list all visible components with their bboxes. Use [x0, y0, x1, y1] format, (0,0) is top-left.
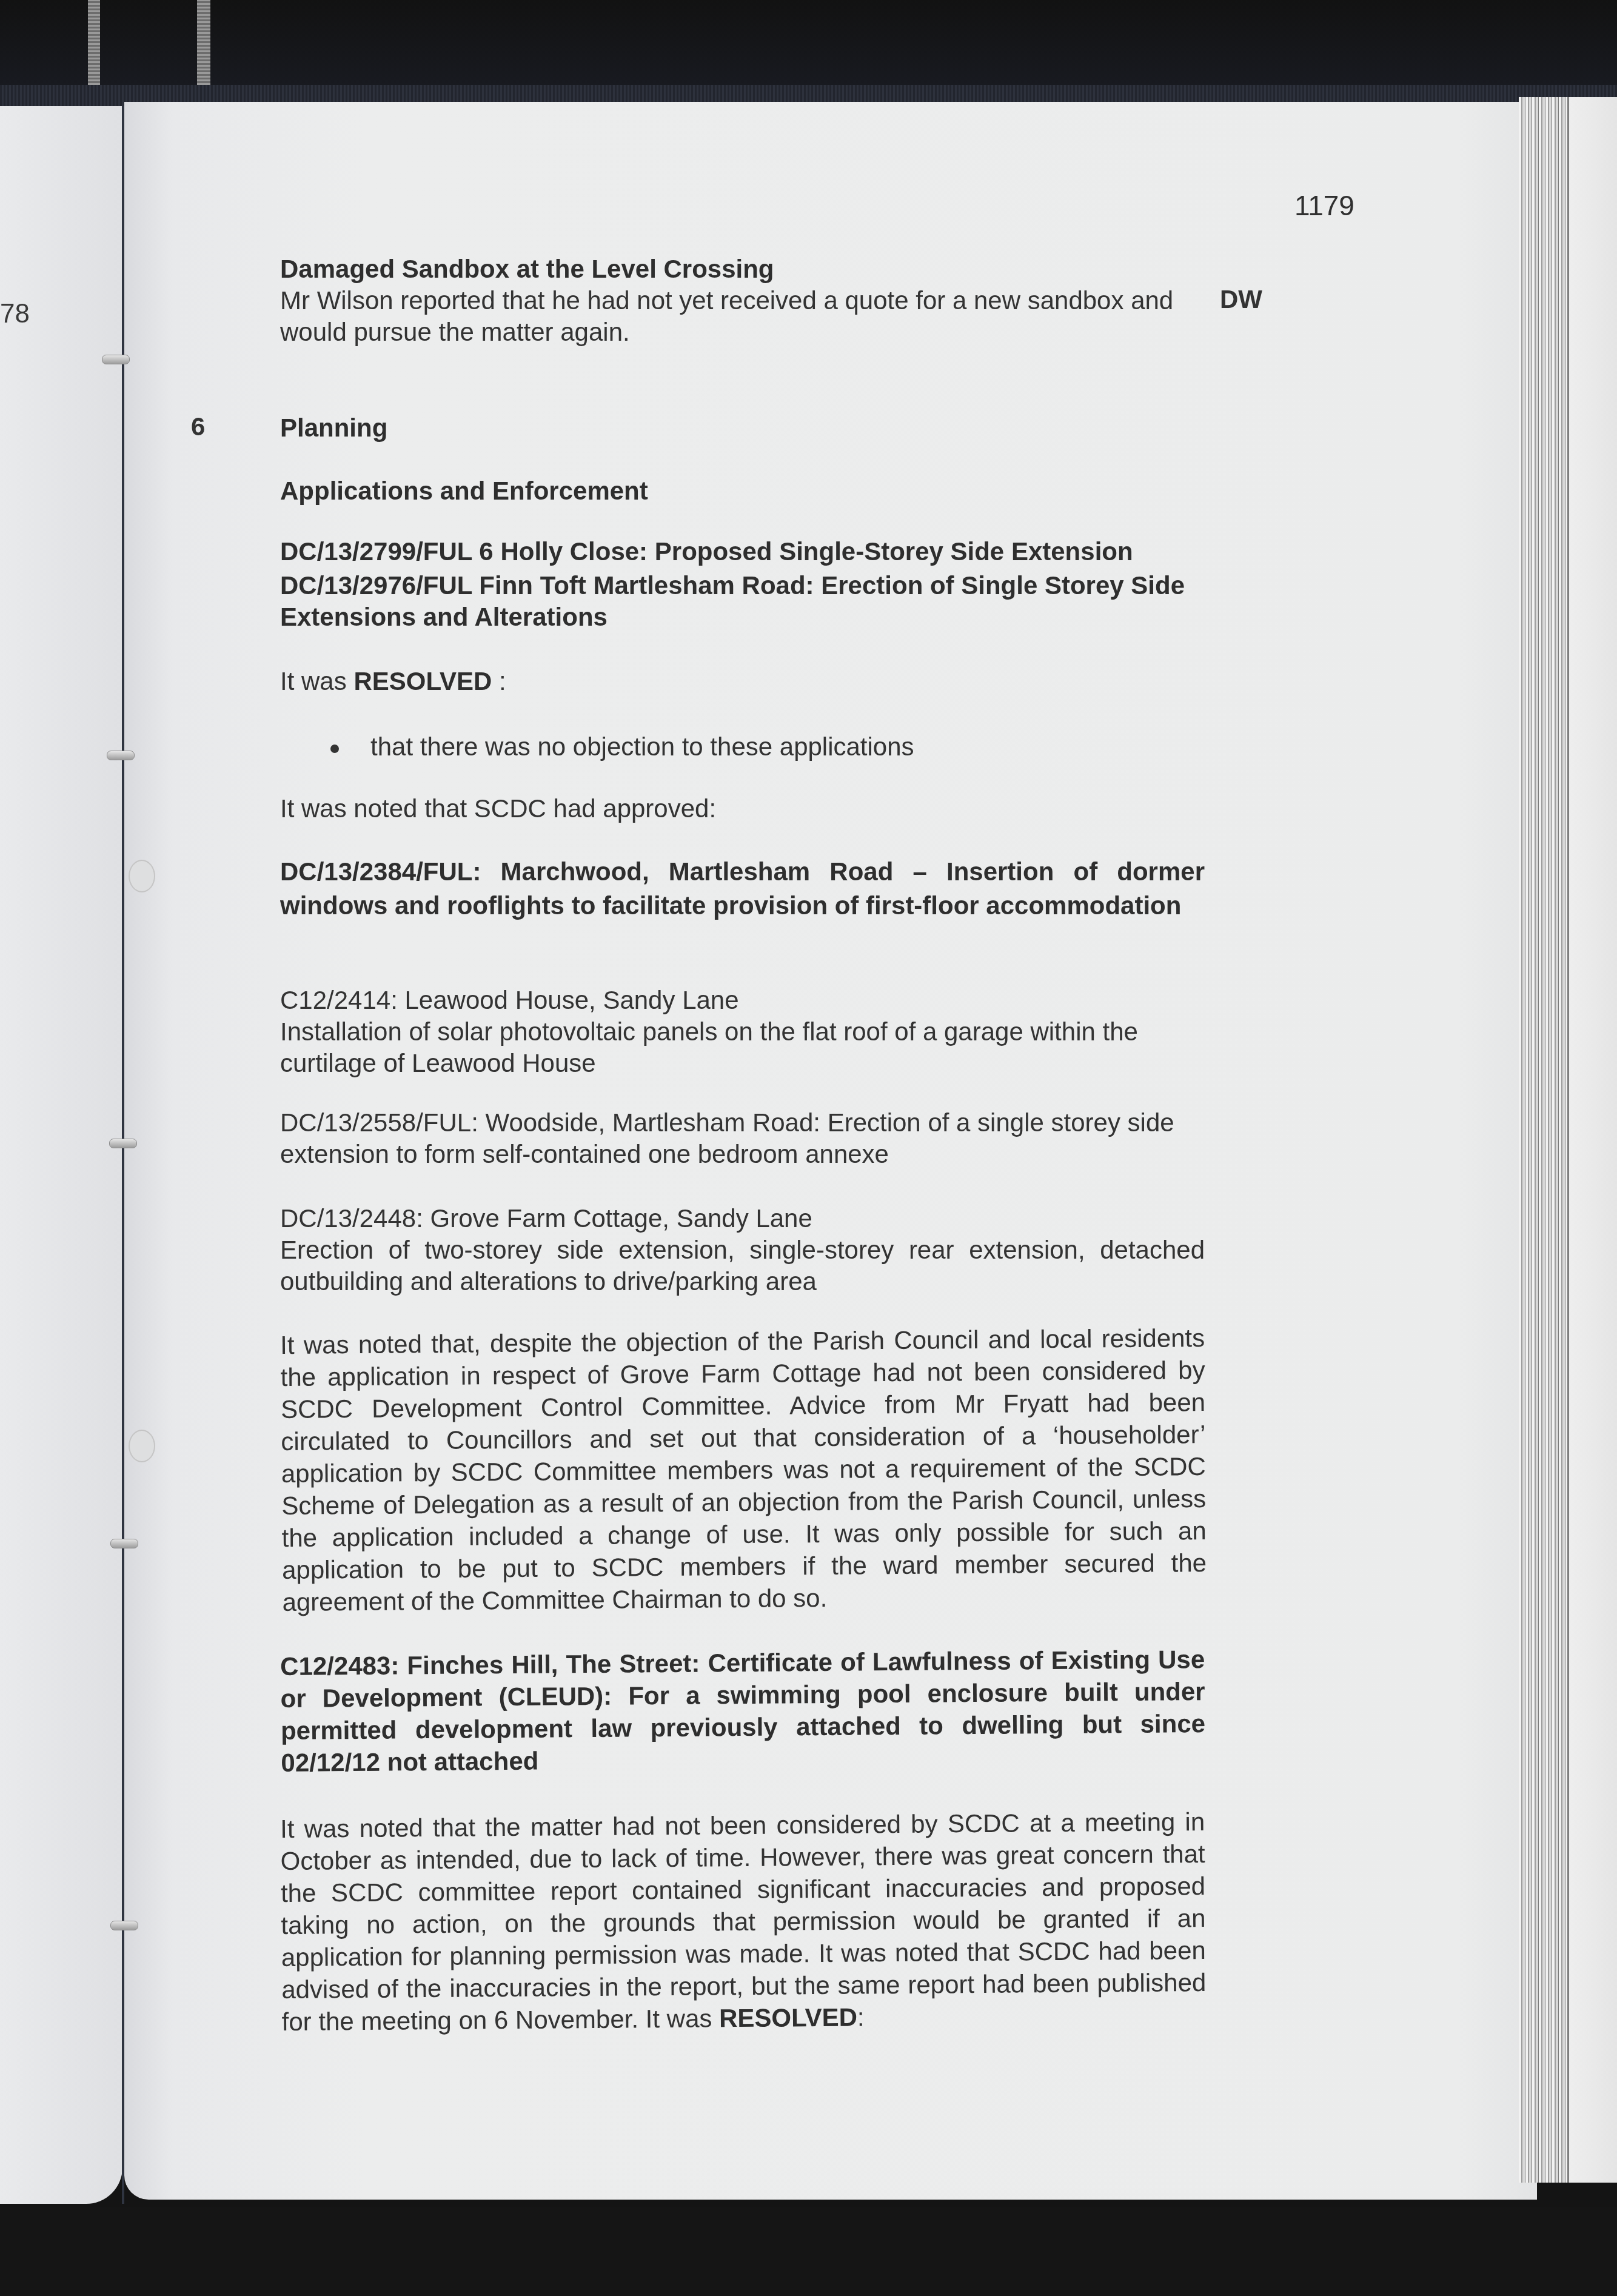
- punch-hole: [129, 860, 155, 892]
- binder-spine-strip: [197, 0, 210, 85]
- binding-clip: [110, 1921, 138, 1930]
- grove-farm-note: It was noted that, despite the objection…: [280, 1322, 1207, 1618]
- page-number: 1179: [1294, 189, 1354, 222]
- finches-hill-note: It was noted that the matter had not bee…: [280, 1806, 1207, 2038]
- final-resolved-suffix: :: [857, 2003, 865, 2031]
- previous-page: 78: [0, 106, 122, 2204]
- page-stack-cover: [1567, 97, 1617, 2183]
- resolution-line: It was RESOLVED :: [280, 666, 1205, 697]
- application-heading-finn-toft: DC/13/2976/FUL Finn Toft Martlesham Road…: [280, 570, 1205, 633]
- binding-clip: [102, 355, 130, 364]
- finches-hill-heading: C12/2483: Finches Hill, The Street: Cert…: [280, 1643, 1206, 1779]
- binding-clip: [107, 751, 135, 760]
- finches-hill-note-text: It was noted that the matter had not bee…: [280, 1807, 1206, 2036]
- page-stack-edges: [1519, 97, 1567, 2183]
- applications-subheading: Applications and Enforcement: [280, 475, 1205, 507]
- approved-application-grove-farm-description: Erection of two-storey side extension, s…: [280, 1234, 1205, 1297]
- binder-backdrop-bottom: [0, 2207, 1617, 2296]
- resolution-bullet-text: that there was no objection to these app…: [370, 732, 914, 761]
- approved-application-woodside: DC/13/2558/FUL: Woodside, Martlesham Roa…: [280, 1107, 1205, 1170]
- sandbox-heading: Damaged Sandbox at the Level Crossing: [280, 253, 1205, 285]
- resolution-prefix: It was: [280, 667, 353, 695]
- approved-application-grove-farm-title: DC/13/2448: Grove Farm Cottage, Sandy La…: [280, 1203, 1205, 1234]
- binding-clip: [109, 1139, 137, 1148]
- resolution-bullet: that there was no objection to these app…: [330, 731, 914, 763]
- application-heading-holly-close: DC/13/2799/FUL 6 Holly Close: Proposed S…: [280, 536, 1205, 567]
- final-resolved-keyword: RESOLVED: [719, 2003, 857, 2033]
- bullet-icon: [330, 745, 339, 753]
- agenda-item-number: 6: [191, 412, 205, 441]
- binding-clip: [110, 1539, 138, 1548]
- action-owner-tag: DW: [1220, 285, 1262, 314]
- resolution-suffix: :: [492, 667, 506, 695]
- binder-spine-strip: [88, 0, 100, 85]
- sandbox-body: Mr Wilson reported that he had not yet r…: [280, 285, 1202, 348]
- resolved-keyword: RESOLVED: [353, 667, 492, 695]
- previous-page-number: 78: [0, 299, 30, 329]
- approved-application-leawood-title: C12/2414: Leawood House, Sandy Lane: [280, 985, 1205, 1016]
- approved-application-leawood-description: Installation of solar photovoltaic panel…: [280, 1016, 1205, 1079]
- binder-backdrop-top: [0, 0, 1617, 97]
- approved-application-marchwood: DC/13/2384/FUL: Marchwood, Martlesham Ro…: [280, 855, 1205, 923]
- planning-heading: Planning: [280, 412, 1205, 444]
- approved-intro: It was noted that SCDC had approved:: [280, 793, 1205, 825]
- punch-hole: [129, 1430, 155, 1462]
